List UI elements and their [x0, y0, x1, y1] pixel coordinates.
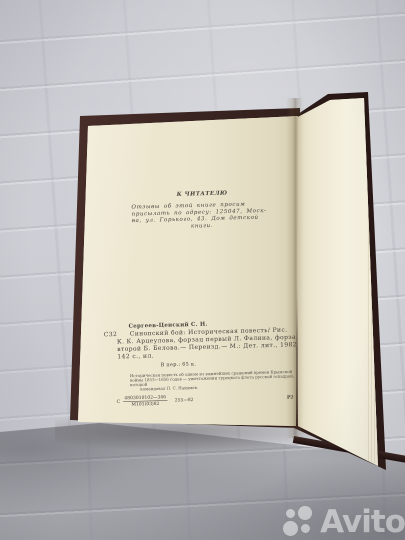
catalog-index-row: С 4803010102—346 М101(03)82 255—82 Р2: [116, 391, 295, 407]
avito-watermark: Avito: [283, 506, 405, 538]
reader-note: Отзывы об этой книге просим присылать по…: [131, 200, 272, 231]
avito-logo-circle: [286, 509, 295, 518]
index-prefix: С: [116, 399, 120, 404]
avito-logo-circle: [301, 524, 310, 533]
catalog-code: С32: [104, 330, 118, 338]
imprint-text-block: К ЧИТАТЕЛЮ Отзывы об этой книге просим п…: [96, 185, 302, 408]
avito-watermark-text: Avito: [320, 507, 405, 538]
index-suffix: 255—82: [175, 397, 194, 402]
avito-logo-circle: [298, 506, 312, 520]
photo-scene: К ЧИТАТЕЛЮ Отзывы об этой книге просим п…: [0, 0, 405, 540]
price-line: В пер.: 65 к.: [161, 359, 301, 368]
book-gutter-shadow: [286, 98, 304, 438]
book-page-left-imprint: К ЧИТАТЕЛЮ Отзывы об этой книге просим п…: [78, 108, 302, 434]
index-denominator: М101(03)82: [123, 400, 168, 407]
reader-heading: К ЧИТАТЕЛЮ: [108, 188, 296, 199]
avito-logo-circle: [283, 521, 298, 536]
bibliographic-description: С32 Синопский бой: Историческая повесть/…: [100, 326, 301, 361]
avito-logo-icon: [283, 506, 315, 538]
index-fraction: 4803010102—346 М101(03)82: [123, 395, 168, 408]
annotation: Историческая повесть об одном из важнейш…: [130, 369, 300, 391]
